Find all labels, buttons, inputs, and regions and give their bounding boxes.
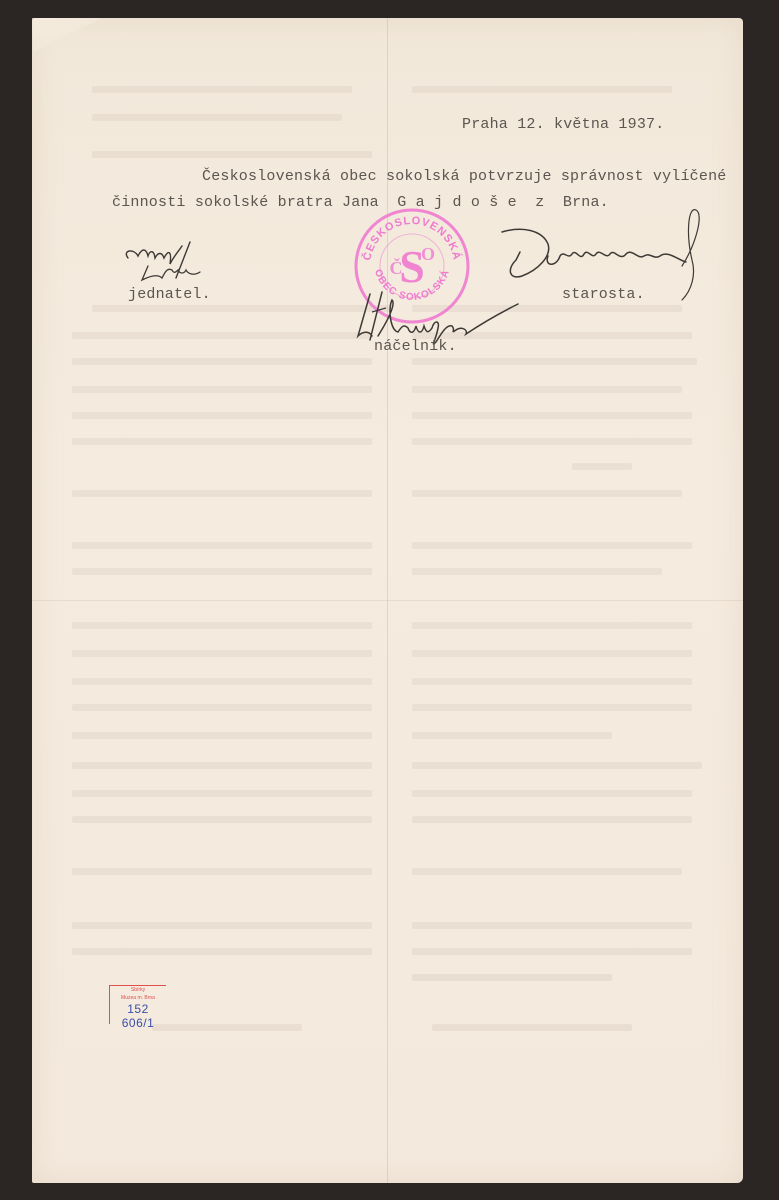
archive-inventory-stamp: Sbírky Muzea m. Brna 152 606/1 [109,985,166,1024]
date-line: Praha 12. května 1937. [462,116,664,133]
corner-fold [32,18,102,52]
svg-text:Č: Č [390,257,403,278]
archive-stamp-line-1: Sbírky [110,986,166,994]
svg-text:O: O [421,244,435,264]
title-nacelnik: náčelník. [374,338,457,355]
body-text-line-1: Československá obec sokolská potvrzuje s… [202,168,726,185]
document-page: Praha 12. května 1937. Československá ob… [32,18,743,1183]
horizontal-fold-line [32,600,743,601]
archive-stamp-line-2: Muzea m. Brna [110,994,166,1002]
title-jednatel: jednatel. [128,286,211,303]
archive-inventory-number: 152 606/1 [110,1002,166,1030]
title-starosta: starosta. [562,286,645,303]
